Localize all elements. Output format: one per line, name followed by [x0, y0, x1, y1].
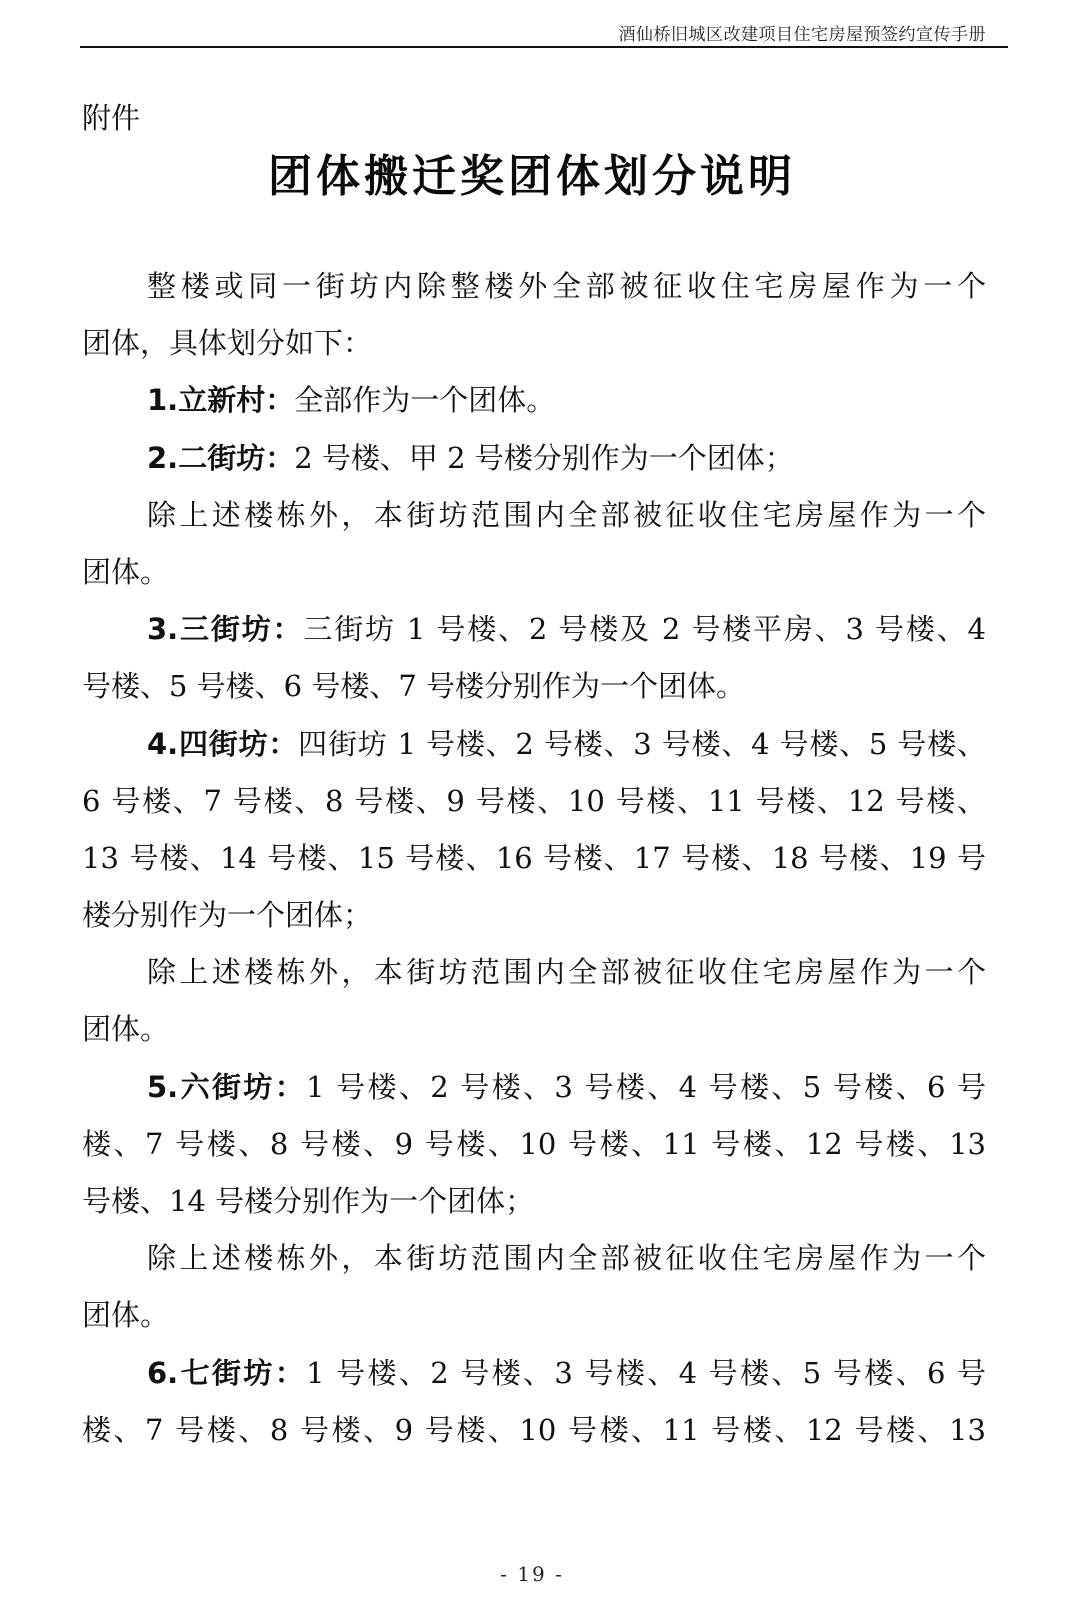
section-4-line: 13 号楼、14 号楼、15 号楼、16 号楼、17 号楼、18 号楼、19 号 [82, 830, 986, 887]
section-2-remainder-line: 除上述楼栋外，本街坊范围内全部被征收住宅房屋作为一个 [82, 487, 986, 544]
section-number: 6. [147, 1356, 178, 1390]
section-4-remainder-line: 团体。 [82, 1001, 986, 1058]
section-6-line: 6.七街坊：1 号楼、2 号楼、3 号楼、4 号楼、5 号楼、6 号 [82, 1345, 986, 1402]
section-number: 5. [147, 1070, 178, 1104]
section-number: 3. [147, 612, 178, 646]
section-3-line: 号楼、5 号楼、6 号楼、7 号楼分别作为一个团体。 [82, 658, 986, 715]
section-5-line: 楼、7 号楼、8 号楼、9 号楼、10 号楼、11 号楼、12 号楼、13 [82, 1116, 986, 1173]
page-number: - 19 - [0, 1562, 1064, 1586]
section-text: 全部作为一个团体。 [294, 383, 555, 417]
section-name: 四街坊： [178, 727, 298, 761]
section-5-remainder-line: 除上述楼栋外，本街坊范围内全部被征收住宅房屋作为一个 [82, 1230, 986, 1287]
section-2-remainder-line: 团体。 [82, 544, 986, 601]
section-number: 2. [147, 441, 178, 475]
intro-line: 团体，具体划分如下： [82, 315, 986, 372]
section-3-line: 3.三街坊：三街坊 1 号楼、2 号楼及 2 号楼平房、3 号楼、4 [82, 601, 986, 658]
intro-line: 整楼或同一街坊内除整楼外全部被征收住宅房屋作为一个 [82, 258, 986, 315]
page-header: 酒仙桥旧城区改建项目住宅房屋预签约宣传手册 [80, 18, 1008, 48]
section-name: 立新村： [178, 383, 294, 417]
section-text: 2 号楼、甲 2 号楼分别作为一个团体； [294, 441, 794, 475]
section-text: 四街坊 1 号楼、2 号楼、3 号楼、4 号楼、5 号楼、 [298, 727, 986, 761]
section-5-line: 5.六街坊：1 号楼、2 号楼、3 号楼、4 号楼、5 号楼、6 号 [82, 1059, 986, 1116]
section-4-line: 楼分别作为一个团体； [82, 887, 986, 944]
section-name: 六街坊： [178, 1070, 306, 1104]
section-number: 4. [147, 727, 178, 761]
section-number: 1. [147, 383, 178, 417]
section-name: 二街坊： [178, 441, 294, 475]
section-4-line: 4.四街坊：四街坊 1 号楼、2 号楼、3 号楼、4 号楼、5 号楼、 [82, 716, 986, 773]
section-name: 三街坊： [178, 612, 303, 646]
running-title: 酒仙桥旧城区改建项目住宅房屋预签约宣传手册 [619, 20, 987, 45]
attachment-label: 附件 [82, 96, 140, 137]
section-4-line: 6 号楼、7 号楼、8 号楼、9 号楼、10 号楼、11 号楼、12 号楼、 [82, 773, 986, 830]
section-text: 1 号楼、2 号楼、3 号楼、4 号楼、5 号楼、6 号 [306, 1356, 986, 1390]
section-4-remainder-line: 除上述楼栋外，本街坊范围内全部被征收住宅房屋作为一个 [82, 944, 986, 1001]
section-5-line: 号楼、14 号楼分别作为一个团体； [82, 1173, 986, 1230]
section-6-line: 楼、7 号楼、8 号楼、9 号楼、10 号楼、11 号楼、12 号楼、13 [82, 1402, 986, 1459]
document-body: 整楼或同一街坊内除整楼外全部被征收住宅房屋作为一个 团体，具体划分如下： 1.立… [82, 258, 986, 1459]
section-text: 三街坊 1 号楼、2 号楼及 2 号楼平房、3 号楼、4 [303, 612, 986, 646]
section-1-line: 1.立新村：全部作为一个团体。 [82, 372, 986, 429]
document-title: 团体搬迁奖团体划分说明 [0, 140, 1064, 204]
section-name: 七街坊： [178, 1356, 306, 1390]
section-5-remainder-line: 团体。 [82, 1287, 986, 1344]
section-2-line: 2.二街坊：2 号楼、甲 2 号楼分别作为一个团体； [82, 430, 986, 487]
section-text: 1 号楼、2 号楼、3 号楼、4 号楼、5 号楼、6 号 [306, 1070, 986, 1104]
